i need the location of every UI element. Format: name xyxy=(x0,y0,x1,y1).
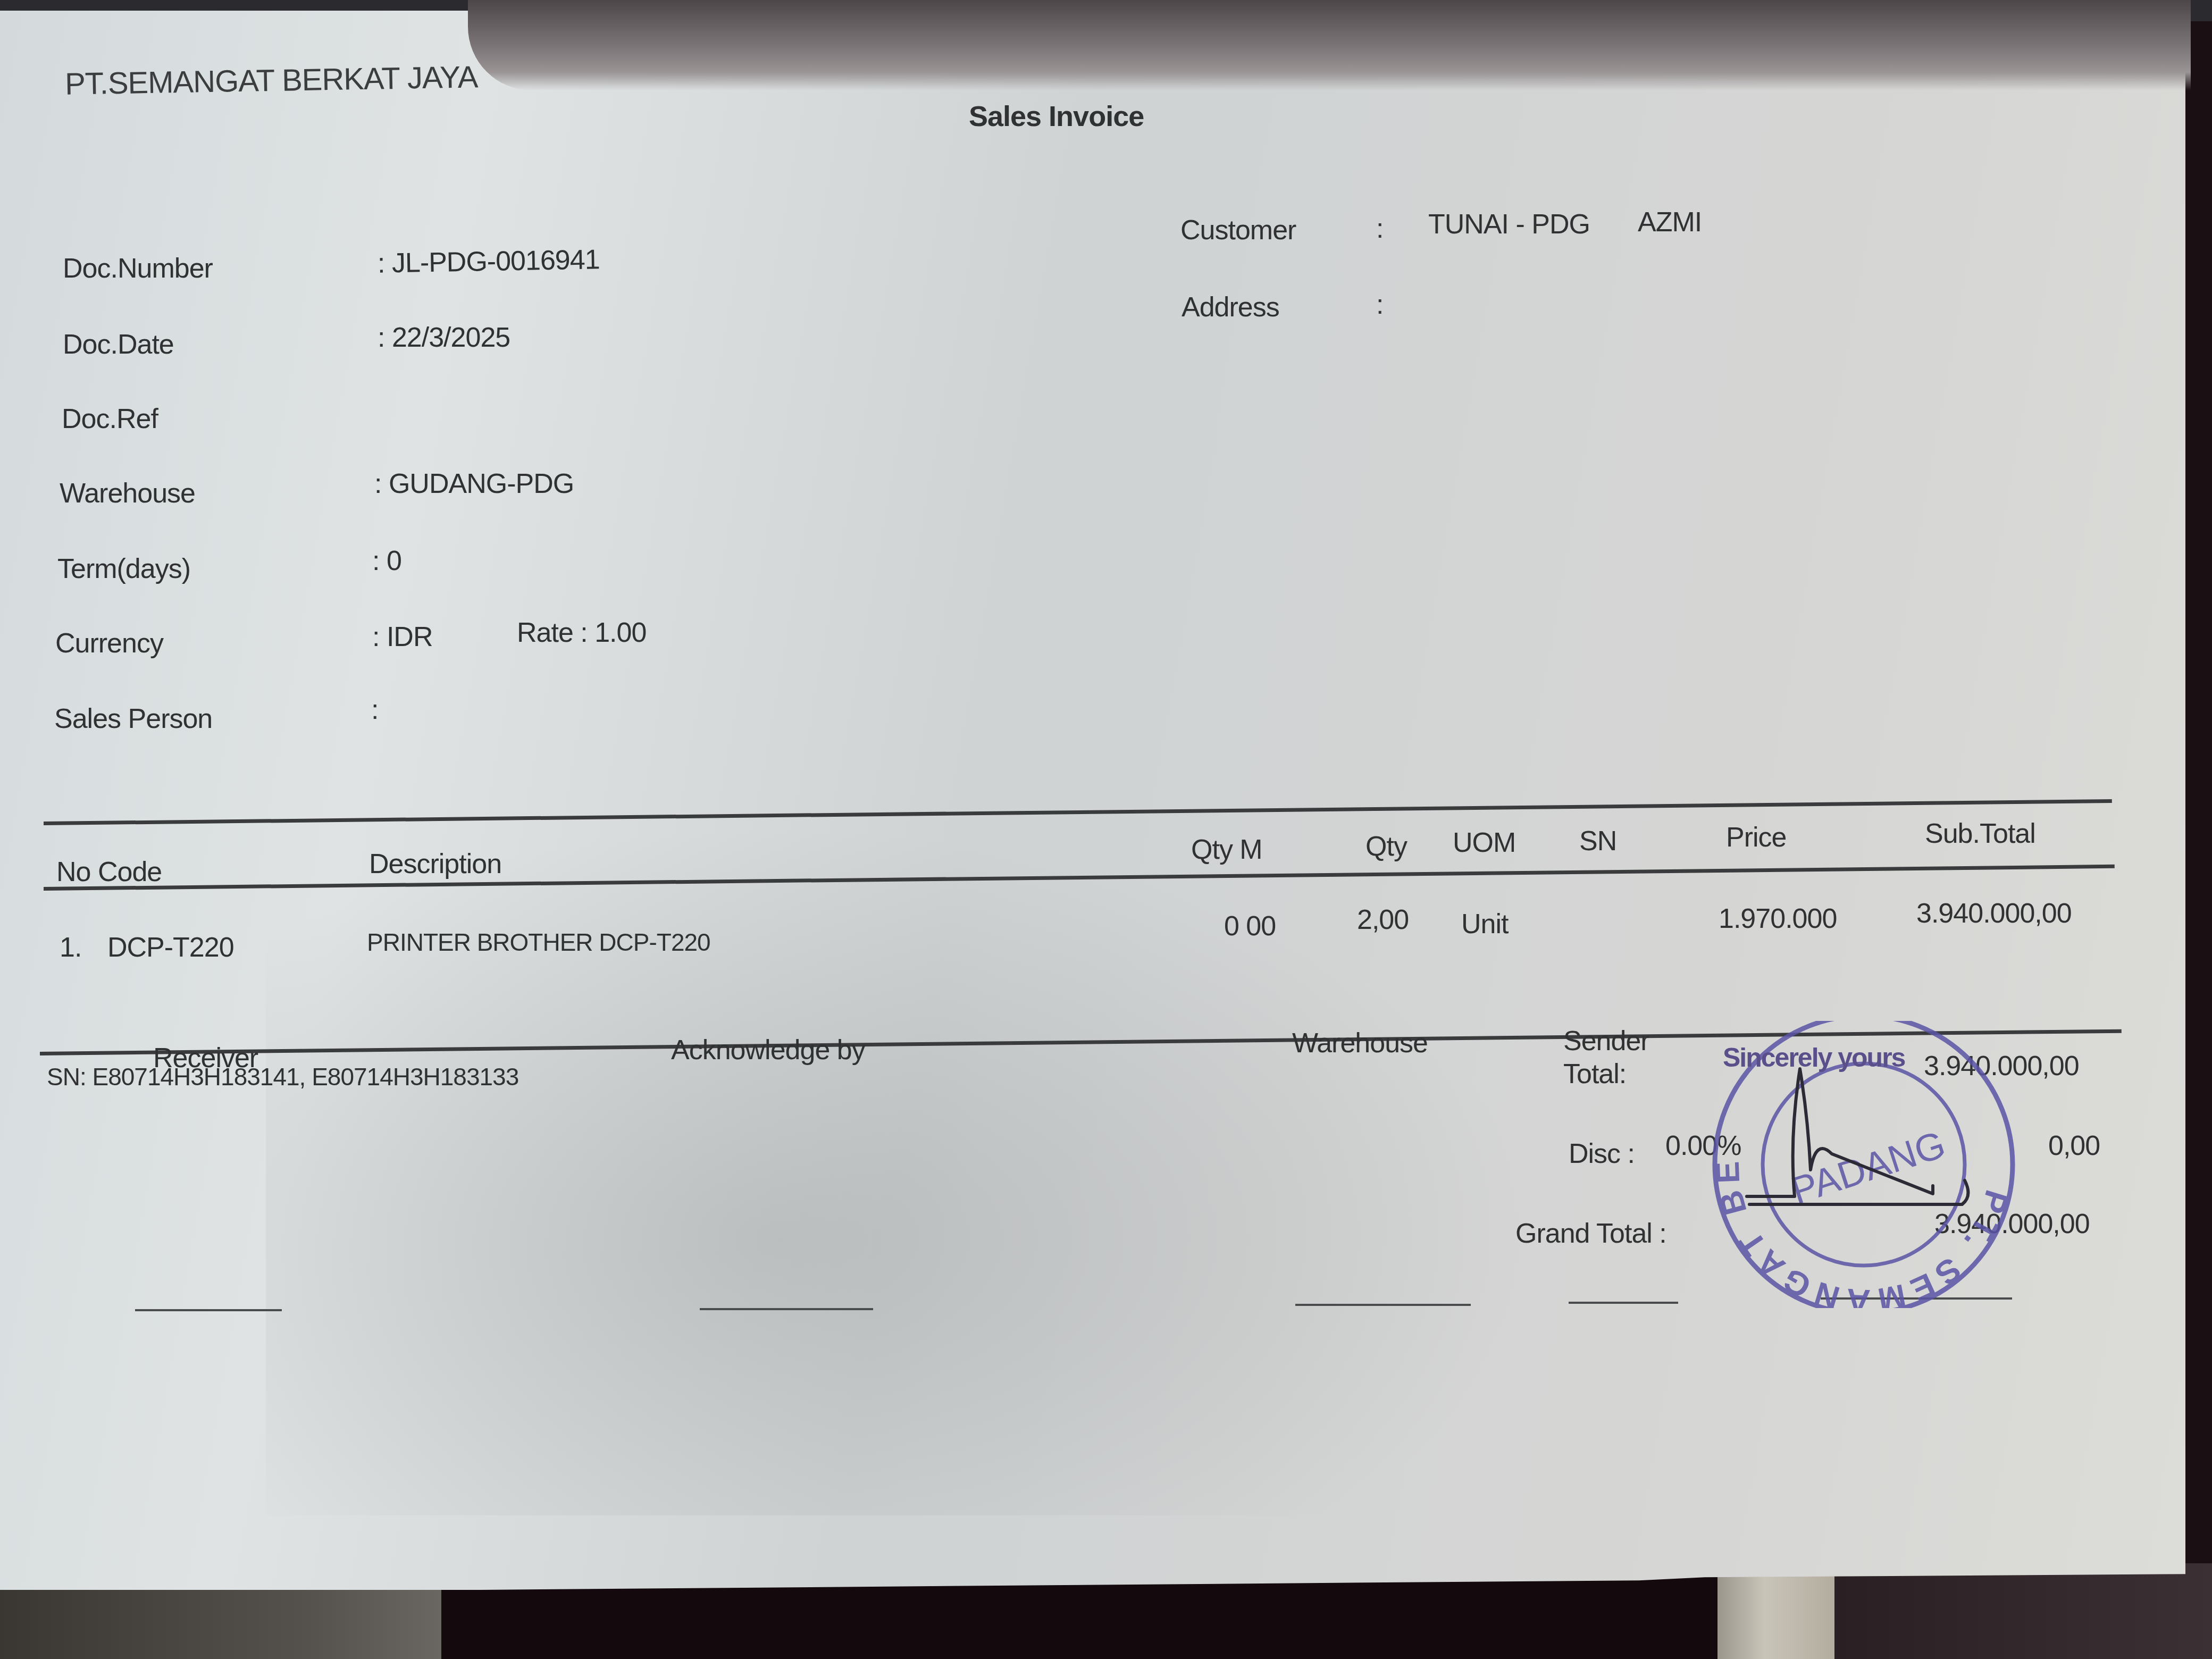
signature-line-sender xyxy=(1569,1302,1678,1304)
row-price: 1.970.000 xyxy=(1719,903,1837,935)
row-qty: 2,00 xyxy=(1357,904,1409,936)
background-object xyxy=(1717,1563,1834,1659)
column-header-description: Description xyxy=(369,848,501,880)
signature-line-warehouse xyxy=(1295,1304,1471,1306)
doc-date-value: : 22/3/2025 xyxy=(378,322,510,354)
row-subtotal: 3.940.000,00 xyxy=(1916,898,2072,929)
customer-colon: : xyxy=(1376,213,1383,245)
currency-label: Currency xyxy=(55,627,163,659)
signature-label-acknowledge: Acknowledge by xyxy=(671,1034,865,1066)
row-uom: Unit xyxy=(1461,908,1508,940)
invoice-paper xyxy=(0,11,2185,1590)
doc-ref-label: Doc.Ref xyxy=(62,403,158,435)
exchange-rate: Rate : 1.00 xyxy=(517,617,646,649)
discount-value: 0,00 xyxy=(2048,1130,2100,1162)
company-name: PT.SEMANGAT BERKAT JAYA xyxy=(64,59,477,102)
total-label: Total: xyxy=(1563,1058,1626,1090)
column-header-qty-m: Qty M xyxy=(1191,834,1262,866)
column-header-no-code: No Code xyxy=(56,856,162,888)
column-header-subtotal: Sub.Total xyxy=(1925,818,2035,850)
document-title: Sales Invoice xyxy=(969,100,1144,133)
sincerely-yours-text: Sincerely yours xyxy=(1723,1042,1905,1073)
sales-person-value: : xyxy=(371,694,378,726)
address-colon: : xyxy=(1376,289,1383,321)
serial-numbers: SN: E80714H3H183141, E80714H3H183133 xyxy=(47,1062,518,1091)
sales-person-label: Sales Person xyxy=(54,703,212,735)
column-header-sn: SN xyxy=(1579,825,1616,857)
row-qty-m: 0 00 xyxy=(1224,910,1276,942)
row-number: 1. xyxy=(60,932,81,963)
row-code: DCP-T220 xyxy=(107,932,234,963)
signature-label-sender: Sender xyxy=(1563,1025,1649,1057)
customer-name: AZMI xyxy=(1638,206,1702,238)
signature-line-receiver xyxy=(135,1309,282,1311)
customer-value: TUNAI - PDG xyxy=(1428,208,1590,240)
term-days-value: : 0 xyxy=(372,545,401,577)
discount-label: Disc : xyxy=(1569,1138,1635,1170)
shadow xyxy=(468,0,2191,90)
grand-total-label: Grand Total : xyxy=(1515,1218,1666,1250)
column-header-uom: UOM xyxy=(1453,827,1515,859)
doc-number-label: Doc.Number xyxy=(63,253,213,284)
warehouse-value: : GUDANG-PDG xyxy=(374,468,574,500)
row-description: PRINTER BROTHER DCP-T220 xyxy=(367,928,710,957)
column-header-price: Price xyxy=(1726,822,1786,853)
column-header-qty: Qty xyxy=(1365,831,1407,862)
address-label: Address xyxy=(1182,291,1279,323)
doc-number-value: : JL-PDG-0016941 xyxy=(378,244,600,279)
signature-line-acknowledge xyxy=(700,1308,873,1310)
signature-label-receiver: Receiver xyxy=(153,1042,258,1074)
background-surface xyxy=(1834,1563,2212,1659)
warehouse-label: Warehouse xyxy=(60,477,195,509)
signature-label-warehouse: Warehouse xyxy=(1292,1027,1428,1059)
doc-date-label: Doc.Date xyxy=(63,329,174,361)
term-days-label: Term(days) xyxy=(57,553,190,585)
currency-value: : IDR xyxy=(372,621,432,653)
customer-label: Customer xyxy=(1180,214,1296,246)
